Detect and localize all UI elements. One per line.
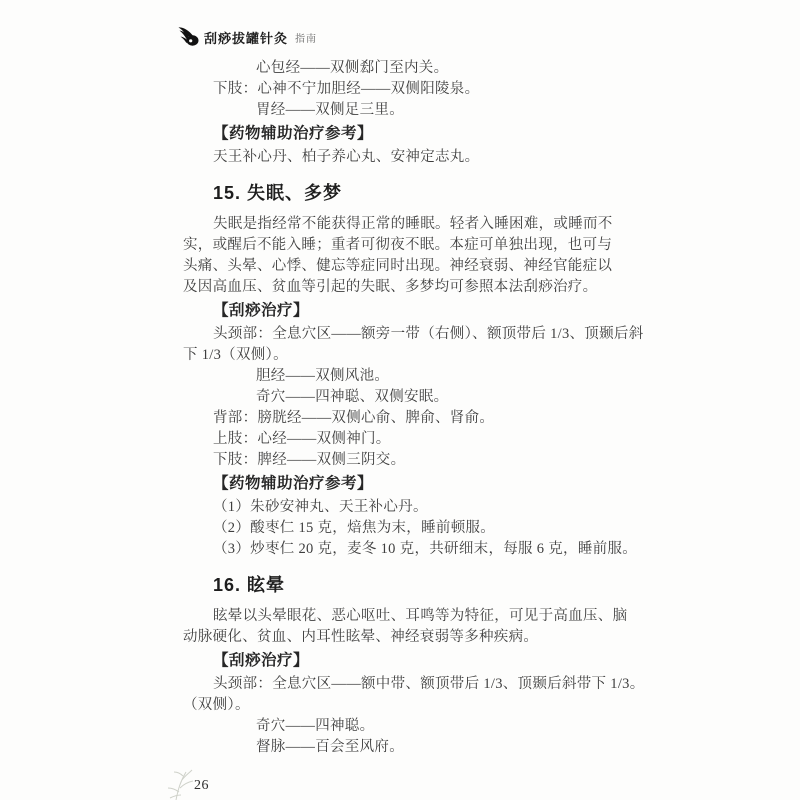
text-line: 下 1/3（双侧）。 (183, 345, 625, 366)
book-title: 刮痧拔罐针灸 (204, 28, 288, 47)
text-line: 下肢：心神不宁加胆经——双侧阳陵泉。 (183, 79, 625, 100)
text-line: 失眠是指经常不能获得正常的睡眠。轻者入睡困难，或睡而不 (183, 214, 625, 235)
book-page: 刮痧拔罐针灸 指南 心包经——双侧郄门至内关。下肢：心神不宁加胆经——双侧阳陵泉… (0, 0, 800, 800)
text-line: 天王补心丹、柏子养心丸、安神定志丸。 (183, 147, 625, 168)
page-number: 26 (194, 778, 209, 794)
text-line: 头颈部：全息穴区——额旁一带（右侧）、额顶带后 1/3、顶颞后斜 (183, 324, 625, 345)
text-line: 督脉——百会至风府。 (183, 737, 625, 758)
text-line: 奇穴——四神聪、双侧安眠。 (183, 387, 625, 408)
text-line: 下肢：脾经——双侧三阴交。 (183, 450, 625, 471)
text-line: 胆经——双侧风池。 (183, 366, 625, 387)
flame-comet-icon (178, 27, 200, 47)
bracket-label: 【刮痧治疗】 (183, 650, 625, 672)
text-line: 及因高血压、贫血等引起的失眠、多梦均可参照本法刮痧治疗。 (183, 277, 625, 298)
text-line: 眩晕以头晕眼花、恶心呕吐、耳鸣等为特征，可见于高血压、脑 (183, 606, 625, 627)
bracket-label: 【刮痧治疗】 (183, 300, 625, 322)
section-heading: 16. 眩晕 (183, 572, 625, 598)
bracket-label: 【药物辅助治疗参考】 (183, 473, 625, 495)
text-line: 头痛、头晕、心悸、健忘等症同时出现。神经衰弱、神经官能症以 (183, 256, 625, 277)
content-column: 心包经——双侧郄门至内关。下肢：心神不宁加胆经——双侧阳陵泉。胃经——双侧足三里… (183, 58, 625, 758)
text-line: （双侧）。 (183, 695, 625, 716)
book-subtitle: 指南 (295, 30, 317, 45)
text-line: （2）酸枣仁 15 克，焙焦为末，睡前顿服。 (183, 518, 625, 539)
bracket-label: 【药物辅助治疗参考】 (183, 123, 625, 145)
text-line: 上肢：心经——双侧神门。 (183, 429, 625, 450)
text-line: 头颈部：全息穴区——额中带、额顶带后 1/3、顶颞后斜带下 1/3。 (183, 674, 625, 695)
text-line: （3）炒枣仁 20 克，麦冬 10 克，共研细末，每服 6 克，睡前服。 (183, 539, 625, 560)
text-line: 胃经——双侧足三里。 (183, 100, 625, 121)
section-heading: 15. 失眠、多梦 (183, 180, 625, 206)
text-line: 背部：膀胱经——双侧心俞、脾俞、肾俞。 (183, 408, 625, 429)
text-line: 奇穴——四神聪。 (183, 716, 625, 737)
page-footer: 26 (160, 762, 280, 800)
text-line: （1）朱砂安神丸、天王补心丹。 (183, 497, 625, 518)
running-head: 刮痧拔罐针灸 指南 (178, 24, 317, 50)
text-line: 心包经——双侧郄门至内关。 (183, 58, 625, 79)
text-line: 实，或醒后不能入睡；重者可彻夜不眠。本症可单独出现，也可与 (183, 235, 625, 256)
text-line: 动脉硬化、贫血、内耳性眩晕、神经衰弱等多种疾病。 (183, 627, 625, 648)
